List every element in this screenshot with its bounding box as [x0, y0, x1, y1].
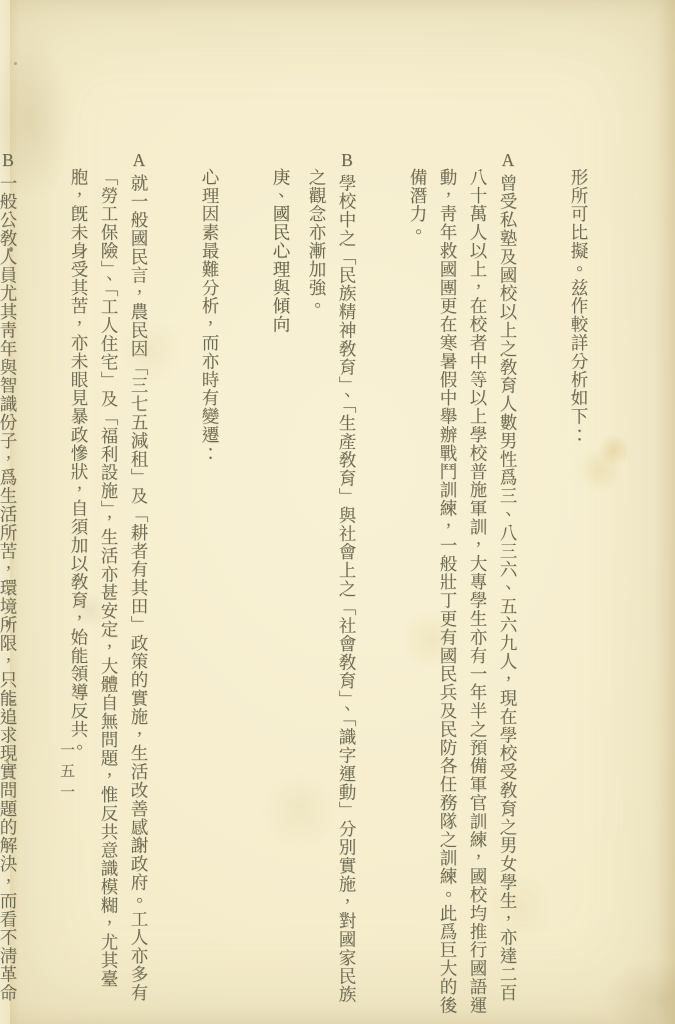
item-letter: B: [337, 150, 357, 171]
document-page: 形所可比擬。兹作較詳分析如下：A曾受私塾及國校以上之敎育人數男性爲三、八三六、五…: [0, 0, 675, 1024]
item-text: 形所可比擬。兹作較詳分析如下：: [569, 168, 589, 444]
lettered-item: B學校中之「民族精神敎育」、「生產敎育」與社會上之「社會敎育」、「識字運動」分別…: [302, 168, 399, 1016]
paragraph: 形所可比擬。兹作較詳分析如下：: [564, 168, 631, 1016]
text-flow: 形所可比擬。兹作較詳分析如下：A曾受私塾及國校以上之敎育人數男性爲三、八三六、五…: [0, 168, 631, 1016]
lettered-item: B一般公敎人員尤其靑年與智識份子，爲生活所苦，環境所限，只能追求現實問題的解決，…: [0, 168, 60, 1016]
item-text: 庚、國民心理與傾向: [271, 168, 291, 334]
page-number: 一五一: [56, 742, 77, 805]
item-text: 學校中之「民族精神敎育」、「生產敎育」與社會上之「社會敎育」、「識字運動」分別實…: [307, 168, 357, 1003]
item-letter: A: [129, 150, 149, 171]
scan-speck: [14, 62, 17, 65]
section-heading: 庚、國民心理與傾向: [266, 168, 298, 1016]
lettered-item: A曾受私塾及國校以上之敎育人數男性爲三、八三六、五六九人，現在學校受敎育之男女學…: [403, 168, 560, 1016]
item-text: 心理因素最難分析，而亦時有變遷：: [200, 168, 220, 462]
item-text: 曾受私塾及國校以上之敎育人數男性爲三、八三六、五六九人，現在學校受敎育之男女學生…: [408, 168, 518, 1014]
item-text: 就一般國民言，農民因「三七五減租」及「耕者有其田」政策的實施，生活改善感謝政府。…: [69, 168, 149, 1001]
item-letter: B: [0, 150, 18, 171]
lettered-item: A就一般國民言，農民因「三七五減租」及「耕者有其田」政策的實施，生活改善感謝政府…: [64, 168, 191, 1016]
paragraph: 心理因素最難分析，而亦時有變遷：: [195, 168, 262, 1016]
item-text: 一般公敎人員尤其靑年與智識份子，爲生活所苦，環境所限，只能追求現實問題的解決，而…: [0, 168, 18, 1001]
item-letter: A: [498, 150, 518, 171]
